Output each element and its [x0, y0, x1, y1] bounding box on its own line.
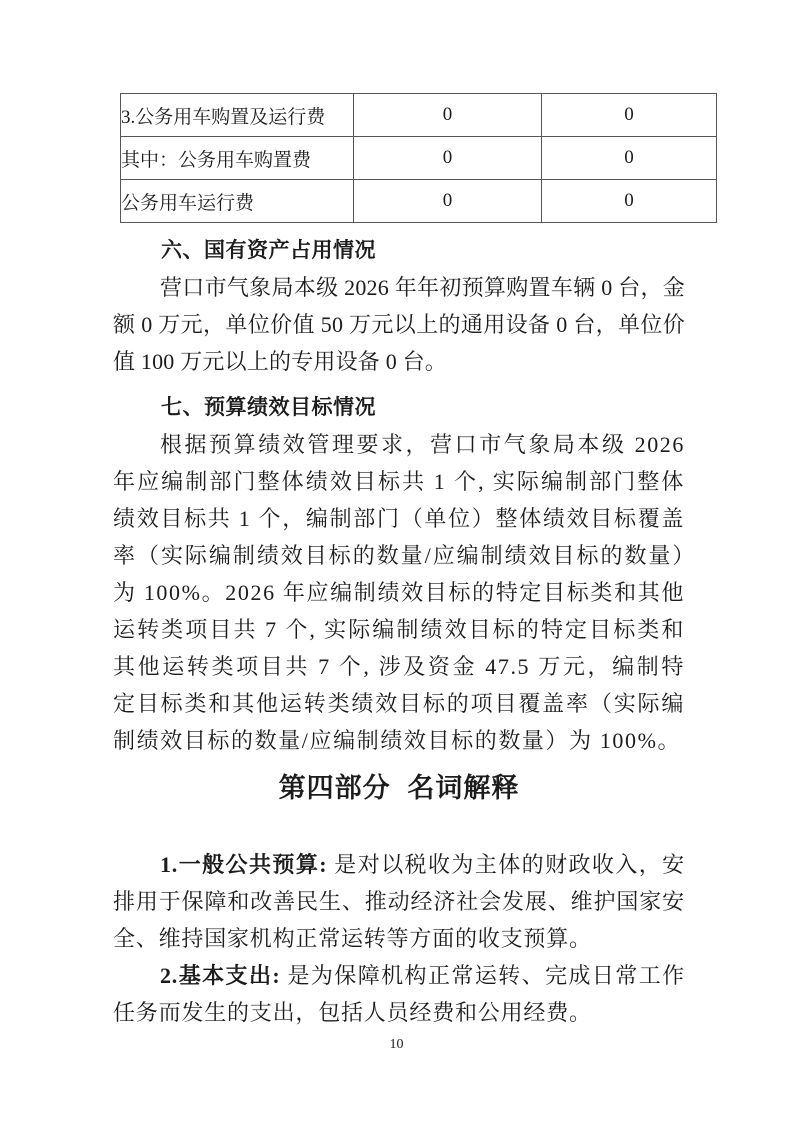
definition-item: 2.基本支出: 是为保障机构正常运转、完成日常工作任务而发生的支出，包括人员经费… — [113, 957, 685, 1031]
document-page: 3.公务用车购置及运行费 0 0 其中：公务用车购置费 0 0 公务用车运行费 … — [0, 0, 793, 1122]
row-label: 其中：公务用车购置费 — [121, 137, 354, 180]
cell-value: 0 — [542, 180, 717, 223]
definition-term: 1.一般公共预算: — [160, 852, 327, 877]
cell-value: 0 — [542, 137, 717, 180]
table-row: 其中：公务用车购置费 0 0 — [121, 137, 717, 180]
part-title: 第四部分 名词解释 — [113, 770, 685, 806]
section-heading-state-assets: 六、国有资产占用情况 — [113, 232, 685, 269]
row-label: 3.公务用车购置及运行费 — [121, 94, 354, 137]
section-heading-performance-targets: 七、预算绩效目标情况 — [113, 389, 685, 426]
definition-item: 1.一般公共预算: 是对以税收为主体的财政收入，安排用于保障和改善民生、推动经济… — [113, 846, 685, 957]
cell-value: 0 — [542, 94, 717, 137]
cell-value: 0 — [354, 137, 542, 180]
definition-term: 2.基本支出: — [160, 963, 281, 988]
performance-targets-paragraph: 根据预算绩效管理要求，营口市气象局本级 2026 年应编制部门整体绩效目标共 1… — [113, 426, 685, 759]
row-label: 公务用车运行费 — [121, 180, 354, 223]
state-assets-paragraph: 营口市气象局本级 2026 年年初预算购置车辆 0 台，金额 0 万元，单位价值… — [113, 269, 685, 380]
cell-value: 0 — [354, 94, 542, 137]
vehicle-expense-table: 3.公务用车购置及运行费 0 0 其中：公务用车购置费 0 0 公务用车运行费 … — [120, 93, 717, 223]
table-row: 公务用车运行费 0 0 — [121, 180, 717, 223]
table-row: 3.公务用车购置及运行费 0 0 — [121, 94, 717, 137]
page-number: 10 — [0, 1037, 793, 1053]
definitions-section: 1.一般公共预算: 是对以税收为主体的财政收入，安排用于保障和改善民生、推动经济… — [113, 846, 685, 1031]
page-content: 3.公务用车购置及运行费 0 0 其中：公务用车购置费 0 0 公务用车运行费 … — [113, 93, 685, 1031]
cell-value: 0 — [354, 180, 542, 223]
